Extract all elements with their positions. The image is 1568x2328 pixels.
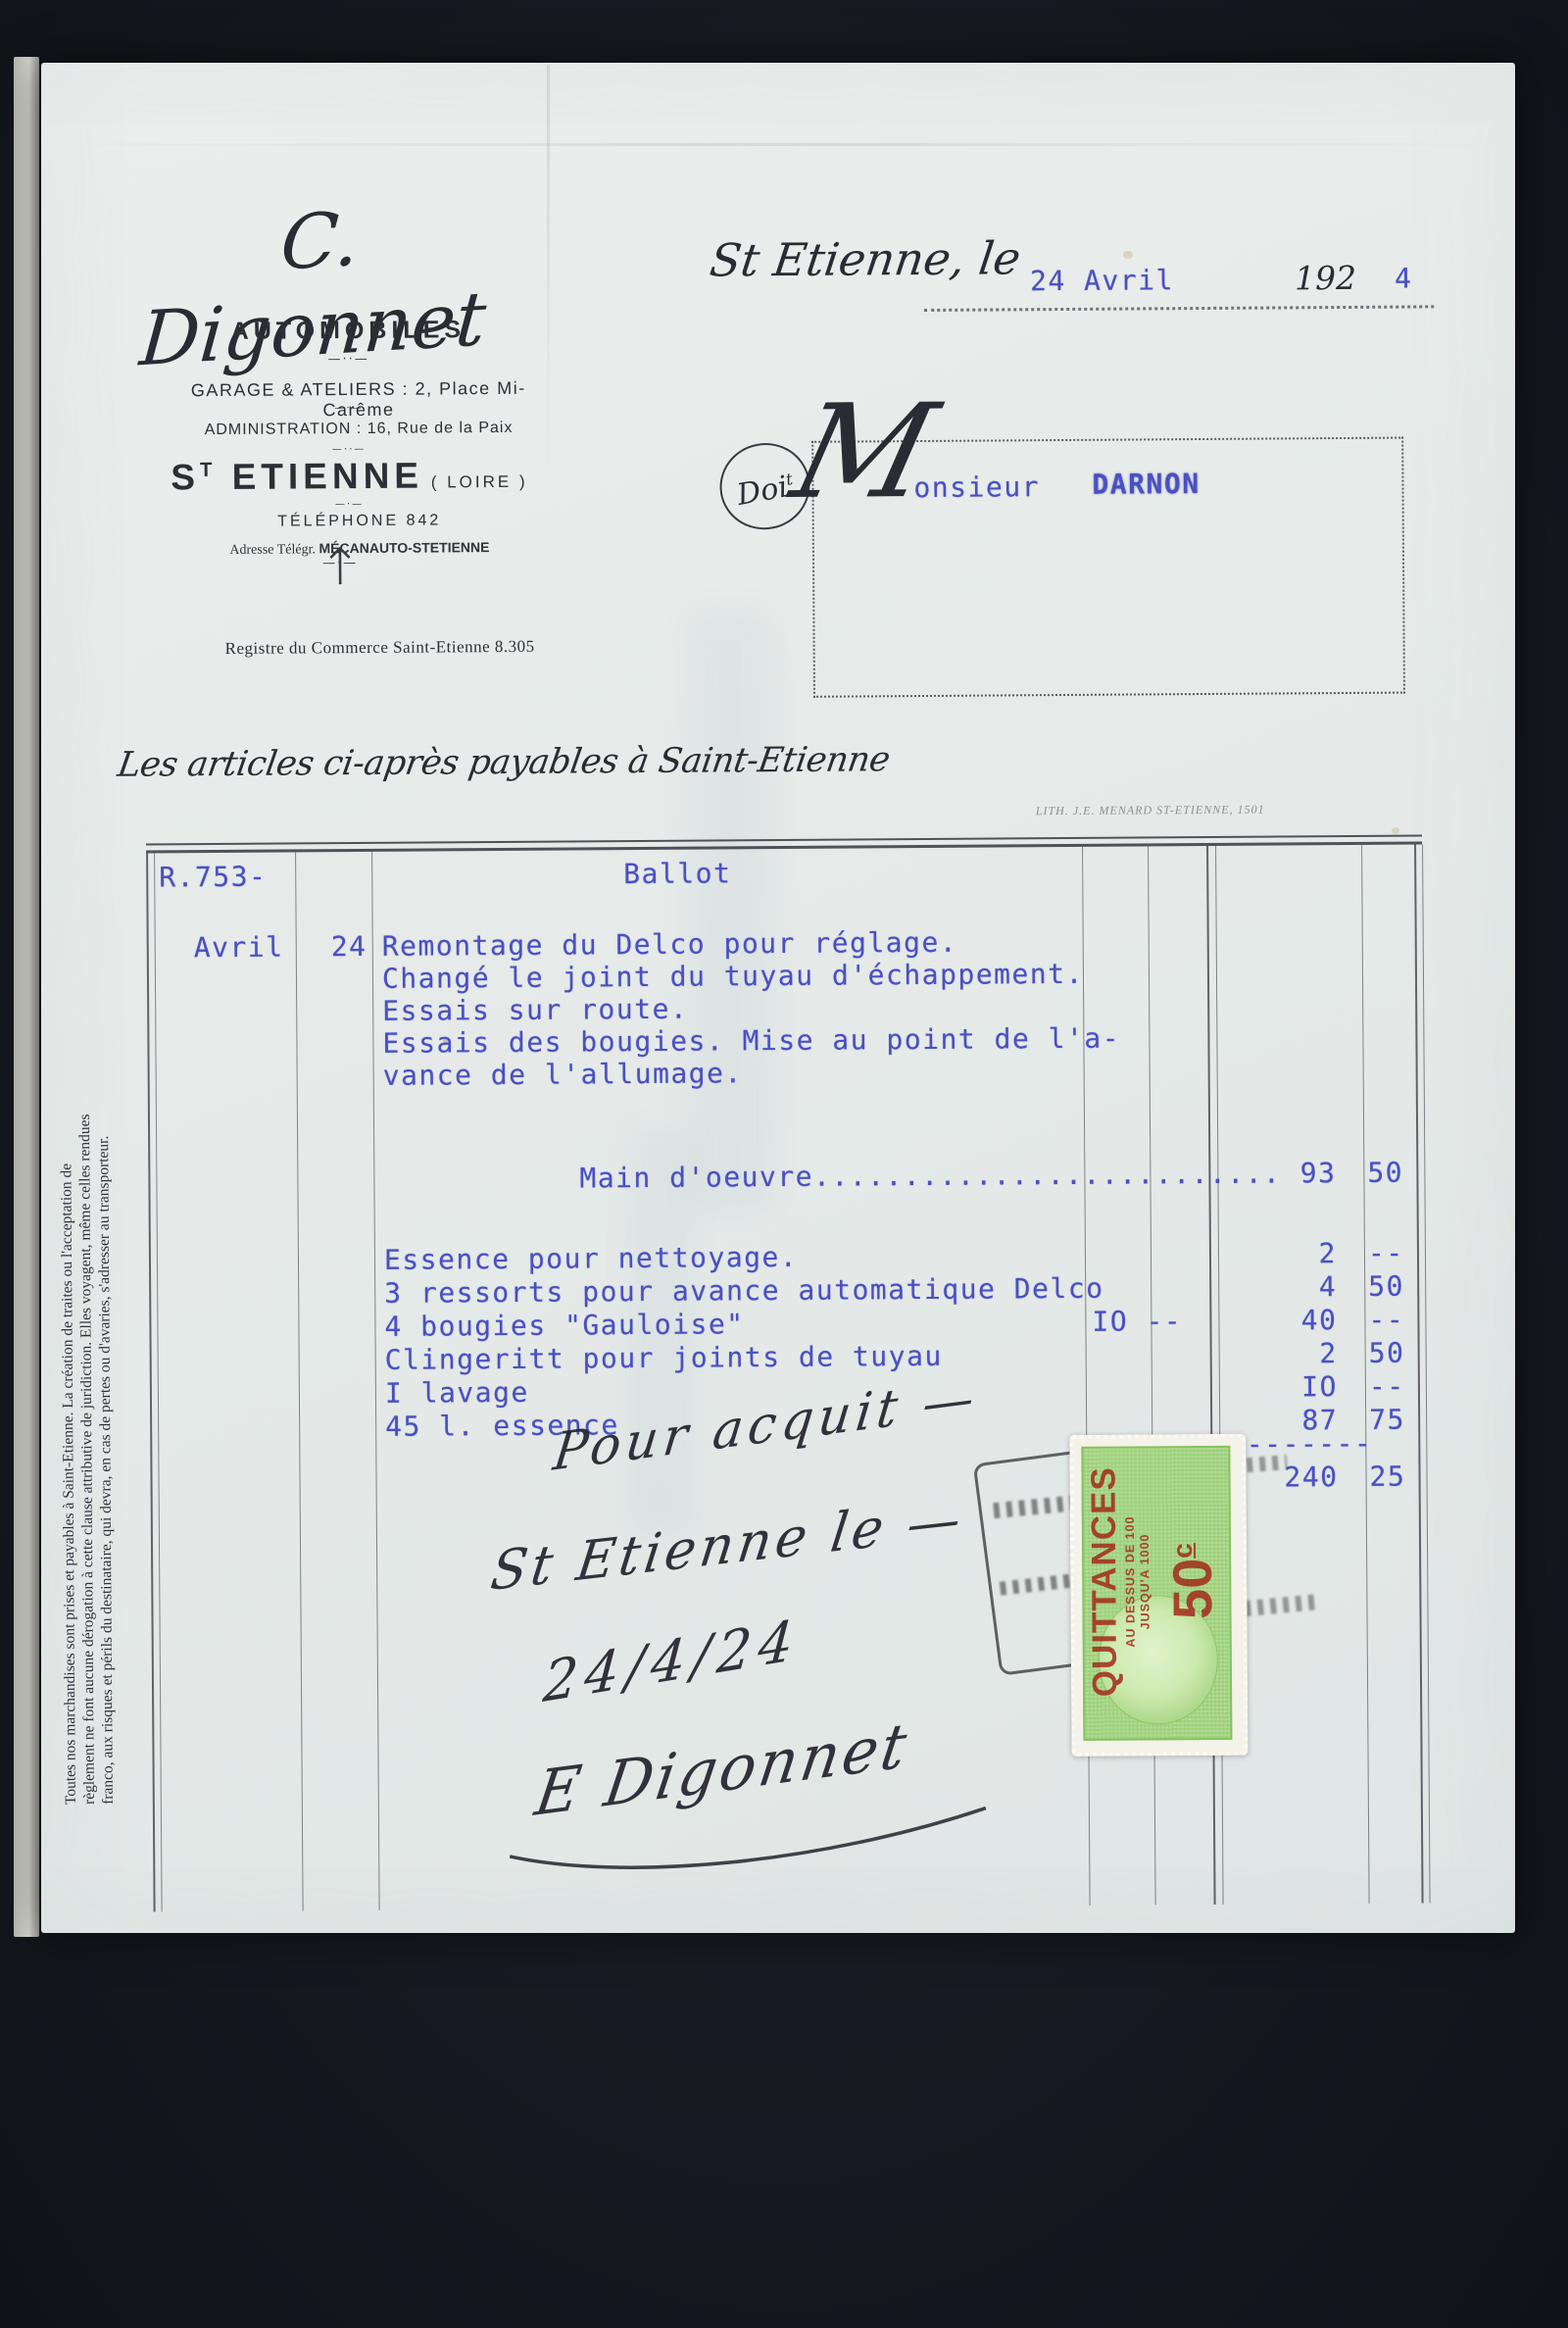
city-superscript: T [200, 460, 218, 481]
work-description-block: Remontage du Delco pour réglage. Changé … [382, 925, 1121, 1092]
table-rule-day-desc [371, 852, 380, 1910]
item-francs: 4 [1217, 1270, 1337, 1304]
scanned-invoice-photo: C. Digonnet AUTOMOBILES —··— GARAGE & AT… [0, 0, 1568, 2328]
arrow-ornament: —·— ↑ [281, 558, 399, 573]
total-centimes: 25 [1369, 1461, 1405, 1493]
item-centimes: -- [1368, 1237, 1404, 1269]
invoice-reference: R.753- [159, 861, 267, 894]
payable-clause-script: Les articles ci-après payables à Saint-E… [115, 740, 892, 785]
item-desc: Essence pour nettoyage. [384, 1241, 798, 1276]
item-desc: I lavage [385, 1376, 529, 1410]
table-rule-left-inner [154, 853, 163, 1911]
item-centimes: -- [1369, 1370, 1405, 1403]
labor-amount-francs: 93 [1216, 1157, 1336, 1190]
stamp-value: 50c [1151, 1436, 1224, 1726]
table-rule-right-inner [1422, 844, 1431, 1903]
labor-dot-leader: .......................... [813, 1157, 1282, 1192]
item-desc: Clingeritt pour joints de tuyau [385, 1340, 943, 1376]
work-line: Remontage du Delco pour réglage. [382, 925, 1120, 963]
stamp-quittances-label: QUITTANCES [1085, 1437, 1124, 1727]
administration-address-line: ADMINISTRATION : 16, Rue de la Paix [163, 420, 555, 440]
work-line: Changé le joint du tuyau d'échappement. [382, 958, 1120, 995]
labor-line: Main d'oeuvre.......................... [579, 1157, 1281, 1194]
monsieur-typed-rest: onsieur [913, 471, 1040, 504]
stamp-red-overprint: QUITTANCES AU DESSUS DE 100 JUSQU'A 1000… [1085, 1436, 1232, 1727]
typed-date: 24 Avril [1030, 264, 1174, 297]
typed-year-digit: 4 [1395, 263, 1413, 295]
item-francs: 40 [1217, 1304, 1337, 1337]
table-rule-left-outer [146, 854, 156, 1912]
labor-amount-centimes: 50 [1367, 1157, 1403, 1189]
handwritten-date: 24/4/24 [541, 1608, 803, 1715]
item-centimes: 75 [1369, 1404, 1405, 1436]
printed-year-prefix: 192 [1295, 259, 1356, 297]
city-initial: S [171, 457, 200, 497]
revenue-stamp-panel: QUITTANCES AU DESSUS DE 100 JUSQU'A 1000… [1081, 1446, 1232, 1741]
handwritten-pour-acquit: Pour acquit — [550, 1367, 981, 1483]
city-suffix: ( LOIRE ) [423, 472, 528, 492]
handwritten-place: St Etienne le — [487, 1487, 968, 1603]
place-date-script: St Etienne, le [707, 231, 1023, 286]
signature-flourish [496, 1802, 1005, 1874]
stamp-value-number: 50 [1161, 1559, 1223, 1620]
printer-credit: LITH. J.E. MENARD ST-ETIENNE, 1501 [1036, 803, 1265, 819]
doit-text: Doi [734, 470, 790, 513]
garage-address-line: GARAGE & ATELIERS : 2, Place Mi-Carême [163, 378, 555, 422]
company-type-label: AUTOMOBILES [152, 316, 544, 347]
header-ornament: —·— [154, 498, 546, 512]
item-desc: 4 bougies "Gauloise" [384, 1308, 744, 1343]
item-centimes: 50 [1368, 1270, 1404, 1303]
item-desc: 3 ressorts pour avance automatique Delco [384, 1272, 1104, 1310]
header-ornament: —··— [153, 351, 545, 369]
table-rule-month-day [295, 852, 304, 1910]
labor-label: Main d'oeuvre [579, 1161, 813, 1195]
invoice-day: 24 [331, 930, 367, 963]
item-francs: 2 [1217, 1237, 1337, 1270]
up-arrow-icon: ↑ [281, 563, 399, 573]
city-rest: ETIENNE [217, 456, 423, 497]
item-francs: IO [1218, 1370, 1338, 1404]
invoice-month: Avril [194, 931, 284, 965]
telegraph-label: Adresse Télégr. [229, 542, 318, 558]
trade-registry-line: Registre du Commerce Saint-Etienne 8.305 [194, 637, 566, 660]
work-line: vance de l'allumage. [383, 1055, 1121, 1092]
telephone-line: TÉLÉPHONE 842 [164, 512, 556, 532]
stamp-value-unit: c [1167, 1543, 1198, 1559]
item-mid-amount: IO -- [1092, 1305, 1182, 1338]
item-francs: 2 [1218, 1337, 1338, 1370]
table-rule-right-outer [1414, 844, 1424, 1903]
invoice-content: C. Digonnet AUTOMOBILES —··— GARAGE & AT… [0, 0, 1568, 2328]
work-line: Essais des bougies. Mise au point de l'a… [382, 1022, 1120, 1060]
vehicle-name: Ballot [623, 857, 731, 890]
terms-margin-note: Toutes nos marchandises sont prises et p… [53, 579, 119, 1805]
revenue-stamp: QUITTANCES AU DESSUS DE 100 JUSQU'A 1000… [1069, 1434, 1248, 1757]
item-centimes: -- [1368, 1304, 1404, 1336]
recipient-name: DARNON [1092, 468, 1200, 501]
item-centimes: 50 [1369, 1337, 1405, 1369]
city-line: ST ETIENNE ( LOIRE ) [153, 455, 545, 499]
work-line: Essais sur route. [382, 990, 1120, 1027]
